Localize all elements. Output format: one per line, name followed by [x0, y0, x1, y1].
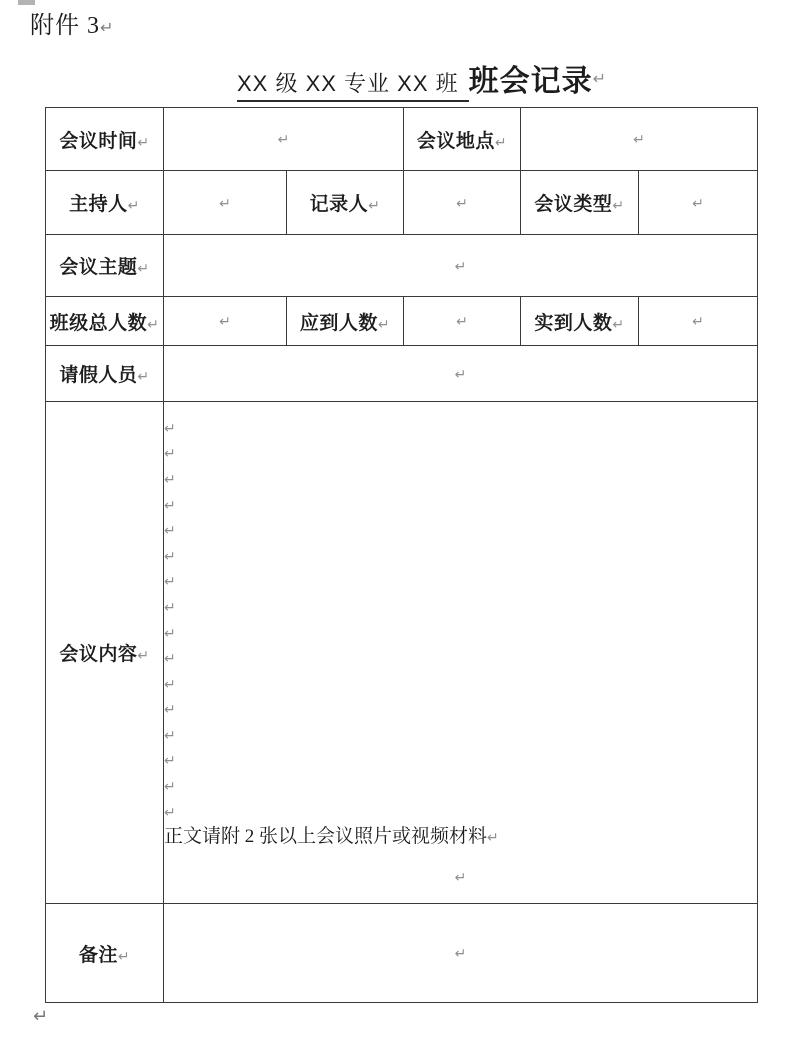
input-cell-class-total[interactable]: ↵ — [164, 297, 287, 346]
label-text: 应到人数 — [300, 313, 378, 334]
table-row: 会议内容↵ ↵↵↵↵↵↵↵↵↵↵↵↵↵↵↵↵ 正文请附 2 张以上会议照片或视频… — [46, 402, 758, 904]
content-note-line: 正文请附 2 张以上会议照片或视频材料↵ — [164, 824, 757, 850]
input-cell-expected-attendance[interactable]: ↵ — [404, 297, 521, 346]
document-page: 附件 3↵ XX 级 XX 专业 XX 班班会记录↵ 会议时间↵ ↵ 会议地点↵… — [0, 0, 799, 1051]
empty-paragraph-line: ↵ — [164, 799, 757, 825]
label-meeting-content: 会议内容↵ — [46, 402, 164, 904]
label-text: 请假人员 — [59, 365, 137, 386]
title-class-line: XX 级 XX 专业 XX 班 — [237, 67, 469, 102]
empty-paragraph-line: ↵ — [164, 517, 757, 543]
label-text: 主持人 — [69, 194, 128, 215]
table-row: 会议主题↵ ↵ — [46, 235, 758, 297]
input-cell-leave-personnel[interactable]: ↵ — [164, 346, 758, 402]
input-cell-meeting-type[interactable]: ↵ — [639, 171, 758, 235]
paragraph-mark: ↵ — [164, 728, 176, 744]
label-text: 会议类型 — [534, 194, 612, 215]
paragraph-mark: ↵ — [633, 132, 645, 148]
paragraph-mark: ↵ — [368, 198, 380, 214]
paragraph-mark: ↵ — [128, 198, 140, 214]
paragraph-mark: ↵ — [137, 369, 149, 385]
label-host: 主持人↵ — [46, 171, 164, 235]
paragraph-mark: ↵ — [147, 317, 159, 333]
label-class-total: 班级总人数↵ — [46, 297, 164, 346]
label-meeting-place: 会议地点↵ — [404, 108, 521, 171]
label-actual-attendance: 实到人数↵ — [521, 297, 639, 346]
label-leave-personnel: 请假人员↵ — [46, 346, 164, 402]
paragraph-mark: ↵ — [612, 198, 624, 214]
input-cell-host[interactable]: ↵ — [164, 171, 287, 235]
input-cell-remarks[interactable]: ↵ — [164, 904, 758, 1003]
label-text: 会议时间 — [59, 131, 137, 152]
paragraph-mark: ↵ — [278, 132, 290, 148]
label-text: 实到人数 — [534, 313, 612, 334]
label-meeting-time: 会议时间↵ — [46, 108, 164, 171]
table-row: 备注↵ ↵ — [46, 904, 758, 1003]
input-cell-meeting-topic[interactable]: ↵ — [164, 235, 758, 297]
paragraph-mark: ↵ — [164, 805, 176, 821]
paragraph-mark: ↵ — [137, 135, 149, 151]
empty-paragraph-line: ↵ — [164, 773, 757, 799]
paragraph-mark: ↵ — [164, 523, 176, 539]
input-cell-recorder[interactable]: ↵ — [404, 171, 521, 235]
paragraph-mark: ↵ — [137, 261, 149, 277]
paragraph-mark: ↵ — [164, 472, 176, 488]
end-paragraph-mark: ↵ — [33, 1008, 48, 1026]
table-row: 会议时间↵ ↵ 会议地点↵ ↵ — [46, 108, 758, 171]
attachment-line: 附件 3↵ — [30, 5, 114, 40]
empty-paragraph-line: ↵ — [164, 466, 757, 492]
label-expected-attendance: 应到人数↵ — [287, 297, 404, 346]
paragraph-mark: ↵ — [164, 574, 176, 590]
empty-paragraph-line: ↵ — [164, 415, 757, 441]
input-cell-meeting-place[interactable]: ↵ — [521, 108, 758, 171]
title-main: 班会记录 — [469, 56, 593, 100]
paragraph-mark: ↵ — [692, 196, 704, 212]
paragraph-mark: ↵ — [164, 600, 176, 616]
empty-paragraph-line: ↵ — [164, 594, 757, 620]
paragraph-mark: ↵ — [219, 196, 231, 212]
empty-paragraph-line: ↵ — [164, 440, 757, 466]
paragraph-mark: ↵ — [164, 446, 176, 462]
paragraph-mark: ↵ — [164, 651, 176, 667]
empty-paragraph-line: ↵ — [164, 543, 757, 569]
empty-paragraph-line: ↵ — [164, 492, 757, 518]
meeting-content-empty-lines: ↵↵↵↵↵↵↵↵↵↵↵↵↵↵↵↵ — [164, 415, 757, 825]
paragraph-mark: ↵ — [164, 753, 176, 769]
empty-paragraph-line: ↵ — [164, 645, 757, 671]
paragraph-mark: ↵ — [612, 317, 624, 333]
label-text: 会议主题 — [59, 257, 137, 278]
paragraph-mark: ↵ — [137, 648, 149, 664]
paragraph-mark: ↵ — [455, 870, 467, 886]
paragraph-mark: ↵ — [164, 421, 176, 437]
document-title: XX 级 XX 专业 XX 班班会记录↵ — [237, 56, 606, 102]
label-text: 备注 — [79, 945, 118, 966]
empty-paragraph-line: ↵ — [164, 568, 757, 594]
label-meeting-type: 会议类型↵ — [521, 171, 639, 235]
label-remarks: 备注↵ — [46, 904, 164, 1003]
empty-paragraph-line: ↵ — [164, 620, 757, 646]
paragraph-mark: ↵ — [455, 367, 467, 383]
input-cell-meeting-time[interactable]: ↵ — [164, 108, 404, 171]
content-note-text: 正文请附 2 张以上会议照片或视频材料 — [164, 826, 487, 847]
paragraph-mark: ↵ — [456, 314, 468, 330]
label-text: 班级总人数 — [50, 313, 148, 334]
paragraph-mark: ↵ — [692, 314, 704, 330]
table-row: 主持人↵ ↵ 记录人↵ ↵ 会议类型↵ ↵ — [46, 171, 758, 235]
paragraph-mark: ↵ — [164, 626, 176, 642]
paragraph-mark: ↵ — [378, 317, 390, 333]
meeting-record-table: 会议时间↵ ↵ 会议地点↵ ↵ 主持人↵ ↵ 记录人↵ ↵ 会议类型↵ ↵ 会议… — [45, 107, 758, 1003]
paragraph-mark: ↵ — [164, 498, 176, 514]
paragraph-mark: ↵ — [164, 677, 176, 693]
label-recorder: 记录人↵ — [287, 171, 404, 235]
attachment-label: 附件 3 — [30, 13, 100, 39]
table-row: 请假人员↵ ↵ — [46, 346, 758, 402]
empty-paragraph-line: ↵ — [164, 747, 757, 773]
paragraph-mark: ↵ — [455, 946, 467, 962]
input-cell-actual-attendance[interactable]: ↵ — [639, 297, 758, 346]
label-text: 会议地点 — [417, 131, 495, 152]
label-meeting-topic: 会议主题↵ — [46, 235, 164, 297]
paragraph-mark: ↵ — [100, 18, 114, 37]
paragraph-mark: ↵ — [455, 259, 467, 275]
paragraph-mark: ↵ — [495, 135, 507, 151]
paragraph-mark: ↵ — [118, 949, 130, 965]
label-text: 会议内容 — [59, 644, 137, 665]
content-end-line: ↵ — [164, 864, 757, 890]
meeting-content-cell[interactable]: ↵↵↵↵↵↵↵↵↵↵↵↵↵↵↵↵ 正文请附 2 张以上会议照片或视频材料↵ ↵ — [164, 402, 758, 904]
label-text: 记录人 — [310, 194, 369, 215]
empty-paragraph-line: ↵ — [164, 722, 757, 748]
paragraph-mark: ↵ — [164, 702, 176, 718]
empty-paragraph-line: ↵ — [164, 671, 757, 697]
paragraph-mark: ↵ — [219, 314, 231, 330]
paragraph-mark: ↵ — [456, 196, 468, 212]
paragraph-mark: ↵ — [164, 549, 176, 565]
empty-paragraph-line: ↵ — [164, 696, 757, 722]
paragraph-mark: ↵ — [164, 779, 176, 795]
paragraph-mark: ↵ — [487, 830, 499, 846]
table-row: 班级总人数↵ ↵ 应到人数↵ ↵ 实到人数↵ ↵ — [46, 297, 758, 346]
paragraph-mark: ↵ — [593, 71, 606, 87]
